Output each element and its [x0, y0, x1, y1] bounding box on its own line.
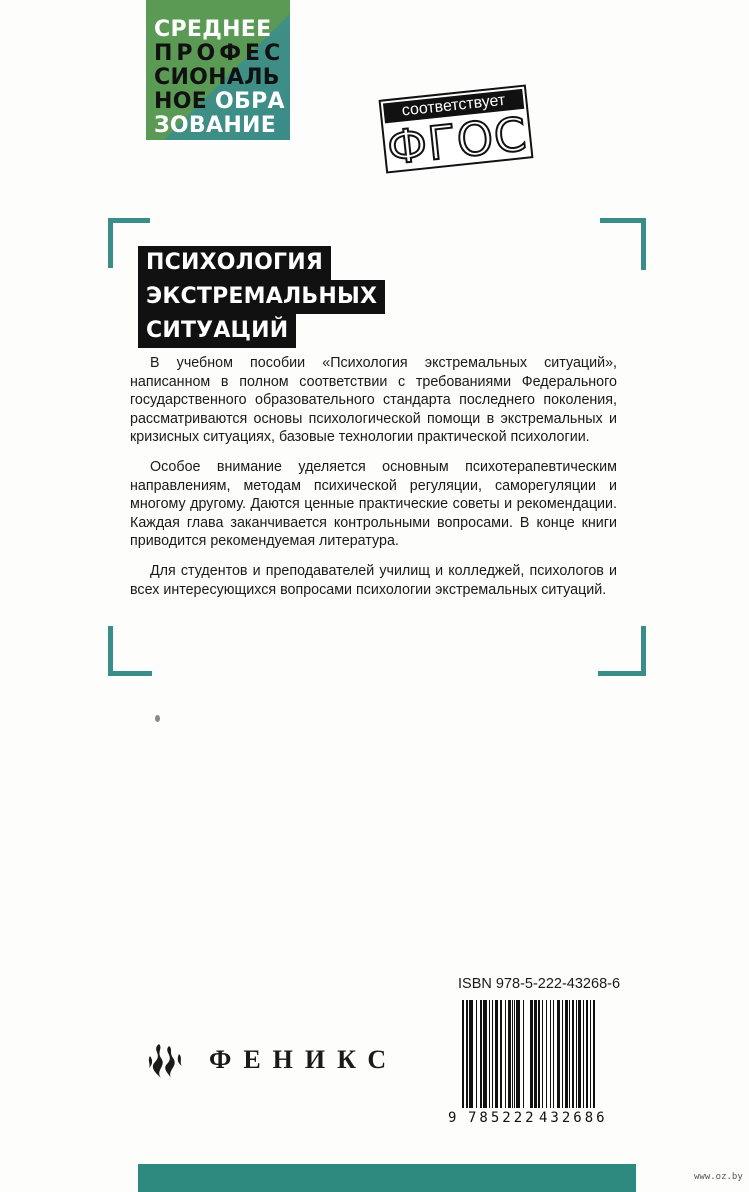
barcode-right-digits: 432686: [539, 1110, 608, 1126]
isbn-label: ISBN 978-5-222-43268-6: [458, 976, 620, 992]
description-paragraph-3: Для студентов и преподавателей училищ и …: [130, 562, 617, 599]
book-description: В учебном пособии «Психология экстремаль…: [130, 354, 617, 610]
barcode-left-digits: 785222: [468, 1110, 537, 1126]
book-title: ПСИХОЛОГИЯ ЭКСТРЕМАЛЬНЫХ СИТУАЦИЙ: [138, 246, 385, 348]
fgos-stamp: соответствует ФГОС: [379, 84, 534, 173]
fgos-main-label: ФГОС: [383, 111, 531, 172]
series-line-2: ПРОФЕС: [154, 42, 290, 66]
phoenix-flame-icon: [145, 1040, 185, 1080]
title-line-2: ЭКСТРЕМАЛЬНЫХ: [138, 280, 385, 314]
series-badge: СРЕДНЕЕ ПРОФЕС СИОНАЛЬ НОЕ ОБРА ЗОВАНИЕ: [146, 0, 290, 140]
corner-bracket-bottom-right-icon: [598, 626, 646, 676]
print-speck: [155, 715, 160, 722]
series-line-5: ЗОВАНИЕ: [154, 114, 290, 138]
publisher-logo: ФЕНИКС: [145, 1040, 398, 1080]
series-line-1: СРЕДНЕЕ: [154, 18, 290, 42]
isbn-barcode: [462, 1000, 612, 1108]
barcode-first-digit: 9: [448, 1110, 456, 1126]
description-paragraph-2: Особое внимание уделяется основным психо…: [130, 458, 617, 551]
corner-bracket-top-right-icon: [600, 218, 646, 270]
series-line-3: СИОНАЛЬ: [154, 66, 290, 90]
title-line-1: ПСИХОЛОГИЯ: [138, 246, 331, 280]
corner-bracket-bottom-left-icon: [108, 626, 152, 676]
title-line-3: СИТУАЦИЙ: [138, 314, 296, 348]
publisher-name: ФЕНИКС: [209, 1045, 398, 1075]
series-line-4: НОЕ ОБРА: [154, 90, 290, 114]
watermark: www.oz.by: [694, 1172, 743, 1182]
footer-accent-strip: [138, 1164, 636, 1192]
description-paragraph-1: В учебном пособии «Психология экстремаль…: [130, 354, 617, 447]
